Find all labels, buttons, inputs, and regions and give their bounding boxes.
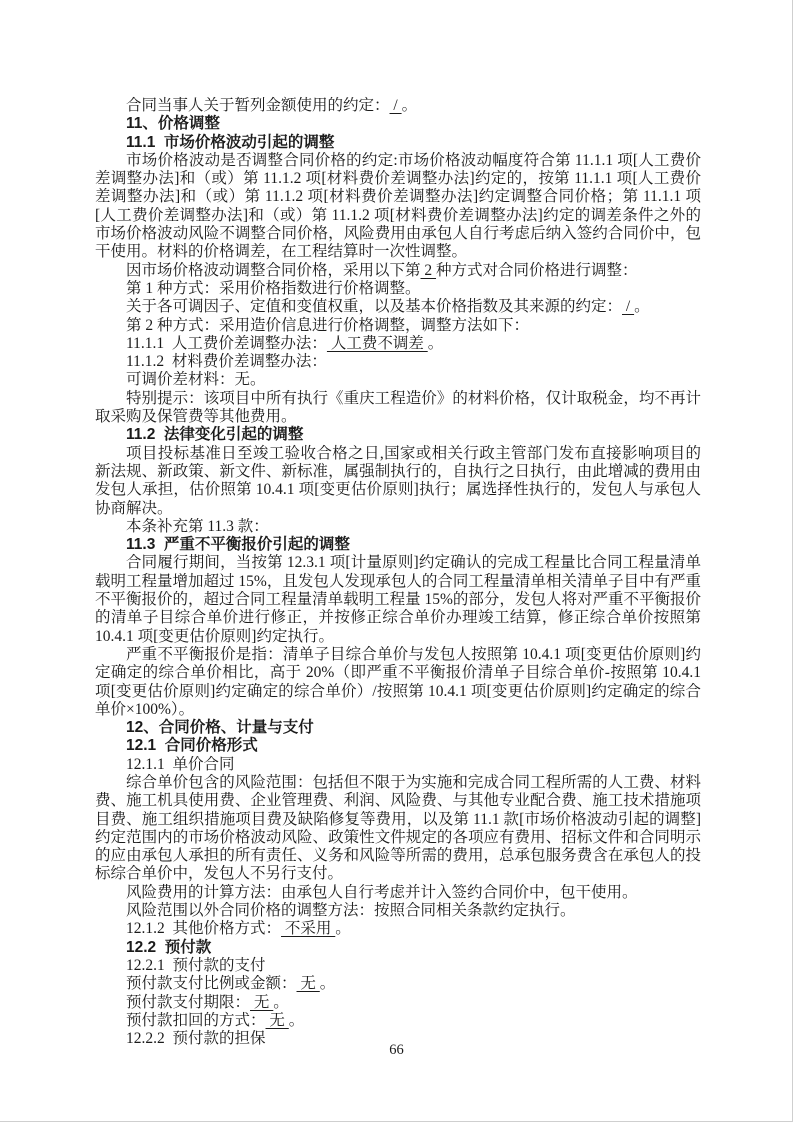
fill-in-value: 人工费不调差 [327,335,428,352]
section-heading: 12.1 合同价格形式 [95,737,701,755]
text-run: 项目投标基准日至竣工验收合格之日,国家或相关行政主管部门发布直接影响项目的新法规… [95,445,701,517]
paragraph: 市场价格波动是否调整合同价格的约定:市场价格波动幅度符合第 11.1.1 项[人… [95,152,701,262]
paragraph: 综合单价包含的风险范围：包括但不限于为实施和完成合同工程所需的人工费、材料费、施… [95,774,701,884]
paragraph: 11.1.2 材料费价差调整办法： [95,353,701,371]
document-page: 合同当事人关于暂列金额使用的约定： / 。11、价格调整11.1 市场价格波动引… [0,0,793,1122]
text-run: 12、合同价格、计量与支付 [126,719,314,736]
text-run: 严重不平衡报价是指：清单子目综合单价与发包人按照第 10.4.1 项[变更估价原… [95,646,705,718]
text-run: 。 [289,1012,305,1029]
section-heading: 12.2 预付款 [95,939,701,957]
text-run: 本条补充第 11.3 款： [126,518,269,535]
text-run: 预付款扣回的方式： [126,1012,266,1029]
text-run: 11.2 法律变化引起的调整 [126,426,303,443]
section-heading: 11.1 市场价格波动引起的调整 [95,134,701,152]
paragraph: 项目投标基准日至竣工验收合格之日,国家或相关行政主管部门发布直接影响项目的新法规… [95,445,701,518]
section-heading: 11.3 严重不平衡报价引起的调整 [95,536,701,554]
paragraph: 预付款扣回的方式： 无 。 [95,1012,701,1030]
paragraph: 可调价差材料：无。 [95,371,701,389]
document-body: 合同当事人关于暂列金额使用的约定： / 。11、价格调整11.1 市场价格波动引… [95,97,701,1048]
page-number: 66 [0,1042,793,1059]
text-run: 关于各可调因子、定值和变值权重，以及基本价格指数及其来源的约定： [126,298,622,315]
fill-in-value: / [390,97,402,114]
paragraph: 本条补充第 11.3 款： [95,518,701,536]
text-run: 特别提示：该项目中所有执行《重庆工程造价》的材料价格，仅计取税金，均不再计取采购… [95,390,701,425]
fill-in-value: 无 [266,1012,289,1029]
text-run: 12.2 预付款 [126,939,211,956]
text-run: 风险范围以外合同价格的调整方法：按照合同相关条款约定执行。 [126,902,576,919]
text-run: 第 2 种方式：采用造价信息进行价格调整，调整方法如下： [126,317,529,334]
text-run: 因市场价格波动调整合同价格，采用以下第 [126,262,421,279]
fill-in-value: 无 [297,975,320,992]
paragraph: 预付款支付比例或金额： 无 。 [95,975,701,993]
paragraph: 特别提示：该项目中所有执行《重庆工程造价》的材料价格，仅计取税金，均不再计取采购… [95,390,701,427]
text-run: 。 [335,920,351,937]
text-run: 11.1.1 人工费价差调整办法： [126,335,327,352]
text-run: 11.3 严重不平衡报价引起的调整 [126,536,350,553]
paragraph: 严重不平衡报价是指：清单子目综合单价与发包人按照第 10.4.1 项[变更估价原… [95,646,701,719]
fill-in-value: 2 [421,262,437,279]
text-run: 第 1 种方式：采用价格指数进行价格调整。 [126,280,421,297]
paragraph: 11.1.1 人工费价差调整办法： 人工费不调差 。 [95,335,701,353]
text-run: 种方式对合同价格进行调整： [436,262,638,279]
text-run: 12.1.1 单价合同 [126,756,235,773]
text-run: 12.1 合同价格形式 [126,737,258,754]
paragraph: 关于各可调因子、定值和变值权重，以及基本价格指数及其来源的约定： / 。 [95,298,701,316]
paragraph: 12.1.2 其他价格方式： 不采用 。 [95,920,701,938]
text-run: 。 [428,335,444,352]
text-run: 预付款支付比例或金额： [126,975,297,992]
text-run: 。 [320,975,336,992]
text-run: 综合单价包含的风险范围：包括但不限于为实施和完成合同工程所需的人工费、材料费、施… [95,774,701,882]
text-run: 合同履行期间，当按第 12.3.1 项[计量原则]约定确认的完成工程量比合同工程… [95,554,705,644]
paragraph: 风险范围以外合同价格的调整方法：按照合同相关条款约定执行。 [95,902,701,920]
text-run: 12.2.1 预付款的支付 [126,957,266,974]
fill-in-value: 无 [250,994,273,1011]
text-run: 可调价差材料：无。 [126,371,266,388]
text-run: 12.1.2 其他价格方式： [126,920,281,937]
text-run: 11、价格调整 [126,115,220,132]
text-run: 市场价格波动是否调整合同价格的约定:市场价格波动幅度符合第 11.1.1 项[人… [95,152,701,260]
section-heading: 12、合同价格、计量与支付 [95,719,701,737]
text-run: 。 [402,97,418,114]
text-run: 预付款支付期限： [126,994,250,1011]
paragraph: 合同履行期间，当按第 12.3.1 项[计量原则]约定确认的完成工程量比合同工程… [95,554,701,645]
text-run: 风险费用的计算方法：由承包人自行考虑并计入签约合同价中，包干使用。 [126,884,638,901]
paragraph: 12.2.1 预付款的支付 [95,957,701,975]
paragraph: 因市场价格波动调整合同价格，采用以下第 2 种方式对合同价格进行调整： [95,262,701,280]
section-heading: 11、价格调整 [95,115,701,133]
fill-in-value: 不采用 [281,920,335,937]
fill-in-value: / [622,298,634,315]
paragraph: 预付款支付期限： 无 。 [95,994,701,1012]
text-run: 。 [273,994,289,1011]
text-run: 11.1 市场价格波动引起的调整 [126,134,334,151]
text-run: 合同当事人关于暂列金额使用的约定： [126,97,390,114]
paragraph: 第 2 种方式：采用造价信息进行价格调整，调整方法如下： [95,317,701,335]
section-heading: 11.2 法律变化引起的调整 [95,426,701,444]
text-run: 11.1.2 材料费价差调整办法： [126,353,327,370]
paragraph: 12.1.1 单价合同 [95,756,701,774]
text-run: 。 [634,298,650,315]
paragraph: 合同当事人关于暂列金额使用的约定： / 。 [95,97,701,115]
paragraph: 风险费用的计算方法：由承包人自行考虑并计入签约合同价中，包干使用。 [95,884,701,902]
paragraph: 第 1 种方式：采用价格指数进行价格调整。 [95,280,701,298]
